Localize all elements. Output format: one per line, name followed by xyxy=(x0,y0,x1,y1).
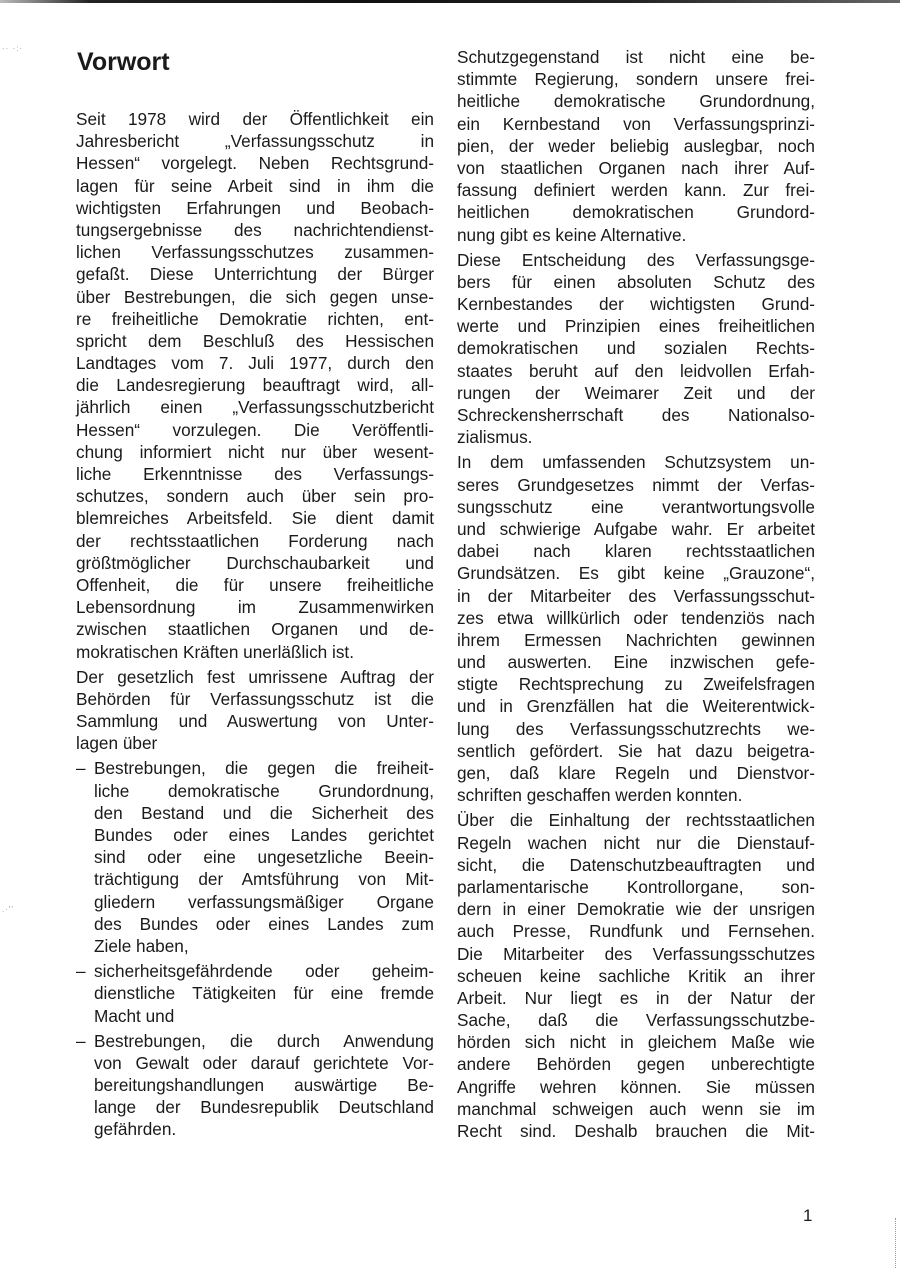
dash-bullet-icon: – xyxy=(76,1030,86,1052)
paragraph: In dem umfassenden Schutzsystem un-seres… xyxy=(457,451,815,806)
text-line: nung gibt es keine Alternative. xyxy=(457,224,815,246)
text-line: heitliche demokratische Grundordnung, xyxy=(457,90,815,112)
page-title: Vorwort xyxy=(77,48,170,77)
text-line: andere Behörden gegen unberechtigte xyxy=(457,1053,815,1075)
text-line: heitlichen demokratischen Grundord- xyxy=(457,201,815,223)
text-line: Schutzgegenstand ist nicht eine be- xyxy=(457,46,815,68)
text-line: sind oder eine ungesetzliche Beein- xyxy=(94,846,434,868)
text-line: von Gewalt oder darauf gerichtete Vor- xyxy=(94,1052,434,1074)
text-line: und in Grenzfällen hat die Weiterentwick… xyxy=(457,695,815,717)
scan-top-border xyxy=(0,0,900,3)
text-line: lung des Verfassungsschutzrechts we- xyxy=(457,718,815,740)
scan-artifact: ·· ·:· xyxy=(2,44,23,53)
right-column: Schutzgegenstand ist nicht eine be-stimm… xyxy=(457,46,815,1145)
text-line: Hessen“ vorzulegen. Die Veröffentli- xyxy=(76,419,434,441)
text-line: liche Erkenntnisse des Verfassungs- xyxy=(76,463,434,485)
text-line: Landtages vom 7. Juli 1977, durch den xyxy=(76,352,434,374)
text-line: mokratischen Kräften unerläßlich ist. xyxy=(76,641,434,663)
text-line: Hessen“ vorgelegt. Neben Rechtsgrund- xyxy=(76,152,434,174)
text-line: Grundsätzen. Es gibt keine „Grauzone“, xyxy=(457,562,815,584)
text-line: lichen Verfassungsschutzes zusammen- xyxy=(76,241,434,263)
text-line: Diese Entscheidung des Verfassungsge- xyxy=(457,249,815,271)
text-line: sicht, die Datenschutzbeauftragten und xyxy=(457,854,815,876)
text-line: Bundes oder eines Landes gerichtet xyxy=(94,824,434,846)
text-line: auch Presse, Rundfunk und Fernsehen. xyxy=(457,920,815,942)
text-line: fassung definiert werden kann. Zur frei- xyxy=(457,179,815,201)
text-line: größtmöglicher Durchschaubarkeit und xyxy=(76,552,434,574)
left-column: Seit 1978 wird der Öffentlichkeit einJah… xyxy=(76,108,434,1144)
text-line: liche demokratische Grundordnung, xyxy=(94,780,434,802)
text-line: und schwierige Aufgabe wahr. Er arbeitet xyxy=(457,518,815,540)
text-line: gefaßt. Diese Unterrichtung der Bürger xyxy=(76,263,434,285)
text-line: zwischen staatlichen Organen und de- xyxy=(76,618,434,640)
text-line: blemreiches Arbeitsfeld. Sie dient damit xyxy=(76,507,434,529)
text-line: stigte Rechtsprechung zu Zweifelsfragen xyxy=(457,673,815,695)
text-line: hörden sich nicht in gleichem Maße wie xyxy=(457,1031,815,1053)
text-line: lange der Bundesrepublik Deutschland xyxy=(94,1096,434,1118)
text-line: des Bundes oder eines Landes zum xyxy=(94,913,434,935)
text-line: werte und Prinzipien eines freiheitliche… xyxy=(457,315,815,337)
dash-bullet-icon: – xyxy=(76,757,86,779)
text-line: tungsergebnisse des nachrichtendienst- xyxy=(76,219,434,241)
text-line: In dem umfassenden Schutzsystem un- xyxy=(457,451,815,473)
list-item: –sicherheitsgefährdende oder geheim-dien… xyxy=(76,960,434,1027)
text-line: Schreckensherrschaft des Nationalso- xyxy=(457,404,815,426)
text-line: in der Mitarbeiter des Verfassungsschut- xyxy=(457,585,815,607)
text-line: re freiheitliche Demokratie richten, ent… xyxy=(76,308,434,330)
text-line: Ziele haben, xyxy=(94,935,434,957)
text-line: Über die Einhaltung der rechtsstaatliche… xyxy=(457,809,815,831)
paragraph: Diese Entscheidung des Verfassungsge-ber… xyxy=(457,249,815,449)
text-line: ihrem Ermessen Nachrichten gewinnen xyxy=(457,629,815,651)
text-line: gefährden. xyxy=(94,1118,434,1140)
text-line: über Bestrebungen, die sich gegen unse- xyxy=(76,286,434,308)
text-line: gliedern verfassungsmäßiger Organe xyxy=(94,891,434,913)
paragraph: Über die Einhaltung der rechtsstaatliche… xyxy=(457,809,815,1142)
paragraph: Der gesetzlich fest umrissene Auftrag de… xyxy=(76,666,434,755)
text-line: bereitungshandlungen auswärtige Be- xyxy=(94,1074,434,1096)
text-line: Seit 1978 wird der Öffentlichkeit ein xyxy=(76,108,434,130)
text-line: lagen für seine Arbeit sind in ihm die xyxy=(76,175,434,197)
text-line: zes etwa willkürlich oder tendenziös nac… xyxy=(457,607,815,629)
scan-margin-mark xyxy=(895,1218,897,1268)
list-item: –Bestrebungen, die gegen die freiheit-li… xyxy=(76,757,434,957)
text-line: Arbeit. Nur liegt es in der Natur der xyxy=(457,987,815,1009)
text-line: stimmte Regierung, sondern unsere frei- xyxy=(457,68,815,90)
text-line: die Landesregierung beauftragt wird, all… xyxy=(76,374,434,396)
text-line: Jahresbericht „Verfassungsschutz in xyxy=(76,130,434,152)
text-line: ein Kernbestand von Verfassungsprinzi- xyxy=(457,113,815,135)
text-line: pien, der weder beliebig auslegbar, noch xyxy=(457,135,815,157)
text-line: schutzes, sondern auch über sein pro- xyxy=(76,485,434,507)
text-line: den Bestand und die Sicherheit des xyxy=(94,802,434,824)
text-line: zialismus. xyxy=(457,426,815,448)
text-line: bers für einen absoluten Schutz des xyxy=(457,271,815,293)
text-line: scheuen keine sachliche Kritik an ihrer xyxy=(457,965,815,987)
scan-artifact: .·'' xyxy=(2,905,14,914)
text-line: dern in einer Demokratie wie der unsrige… xyxy=(457,898,815,920)
text-line: Behörden für Verfassungsschutz ist die xyxy=(76,688,434,710)
paragraph: Seit 1978 wird der Öffentlichkeit einJah… xyxy=(76,108,434,663)
text-line: Bestrebungen, die gegen die freiheit- xyxy=(94,757,434,779)
text-line: von staatlichen Organen nach ihrer Auf- xyxy=(457,157,815,179)
text-line: Der gesetzlich fest umrissene Auftrag de… xyxy=(76,666,434,688)
text-line: trächtigung der Amtsführung von Mit- xyxy=(94,868,434,890)
text-line: dabei nach klaren rechtsstaatlichen xyxy=(457,540,815,562)
text-line: seres Grundgesetzes nimmt der Verfas- xyxy=(457,474,815,496)
text-line: rungen der Weimarer Zeit und der xyxy=(457,382,815,404)
text-line: staates beruht auf den leidvollen Erfah- xyxy=(457,360,815,382)
text-line: spricht dem Beschluß des Hessischen xyxy=(76,330,434,352)
text-line: parlamentarische Kontrollorgane, son- xyxy=(457,876,815,898)
list-item: –Bestrebungen, die durch Anwendungvon Ge… xyxy=(76,1030,434,1141)
text-line: Lebensordnung im Zusammenwirken xyxy=(76,596,434,618)
text-line: Kernbestandes der wichtigsten Grund- xyxy=(457,293,815,315)
text-line: sentlich gefördert. Sie hat dazu beigetr… xyxy=(457,740,815,762)
text-line: chung informiert nicht nur über wesent- xyxy=(76,441,434,463)
text-line: Recht sind. Deshalb brauchen die Mit- xyxy=(457,1120,815,1142)
text-line: sicherheitsgefährdende oder geheim- xyxy=(94,960,434,982)
text-line: Offenheit, die für unsere freiheitliche xyxy=(76,574,434,596)
text-line: schriften geschaffen werden konnten. xyxy=(457,784,815,806)
page-number: 1 xyxy=(803,1206,812,1226)
text-line: Sammlung und Auswertung von Unter- xyxy=(76,710,434,732)
text-line: dienstliche Tätigkeiten für eine fremde xyxy=(94,982,434,1004)
text-line: jährlich einen „Verfassungsschutzbericht xyxy=(76,396,434,418)
text-line: Macht und xyxy=(94,1005,434,1027)
text-line: gen, daß klare Regeln und Dienstvor- xyxy=(457,762,815,784)
text-line: Die Mitarbeiter des Verfassungsschutzes xyxy=(457,943,815,965)
text-line: Bestrebungen, die durch Anwendung xyxy=(94,1030,434,1052)
text-line: wichtigsten Erfahrungen und Beobach- xyxy=(76,197,434,219)
text-line: demokratischen und sozialen Rechts- xyxy=(457,337,815,359)
text-line: Angriffe wehren können. Sie müssen xyxy=(457,1076,815,1098)
text-line: Regeln wachen nicht nur die Dienstauf- xyxy=(457,832,815,854)
text-line: manchmal schweigen auch wenn sie im xyxy=(457,1098,815,1120)
text-line: lagen über xyxy=(76,732,434,754)
text-line: der rechtsstaatlichen Forderung nach xyxy=(76,530,434,552)
paragraph: Schutzgegenstand ist nicht eine be-stimm… xyxy=(457,46,815,246)
text-line: und auswerten. Eine inzwischen gefe- xyxy=(457,651,815,673)
text-line: Sache, daß die Verfassungsschutzbe- xyxy=(457,1009,815,1031)
text-line: sungsschutz eine verantwortungsvolle xyxy=(457,496,815,518)
dash-bullet-icon: – xyxy=(76,960,86,982)
